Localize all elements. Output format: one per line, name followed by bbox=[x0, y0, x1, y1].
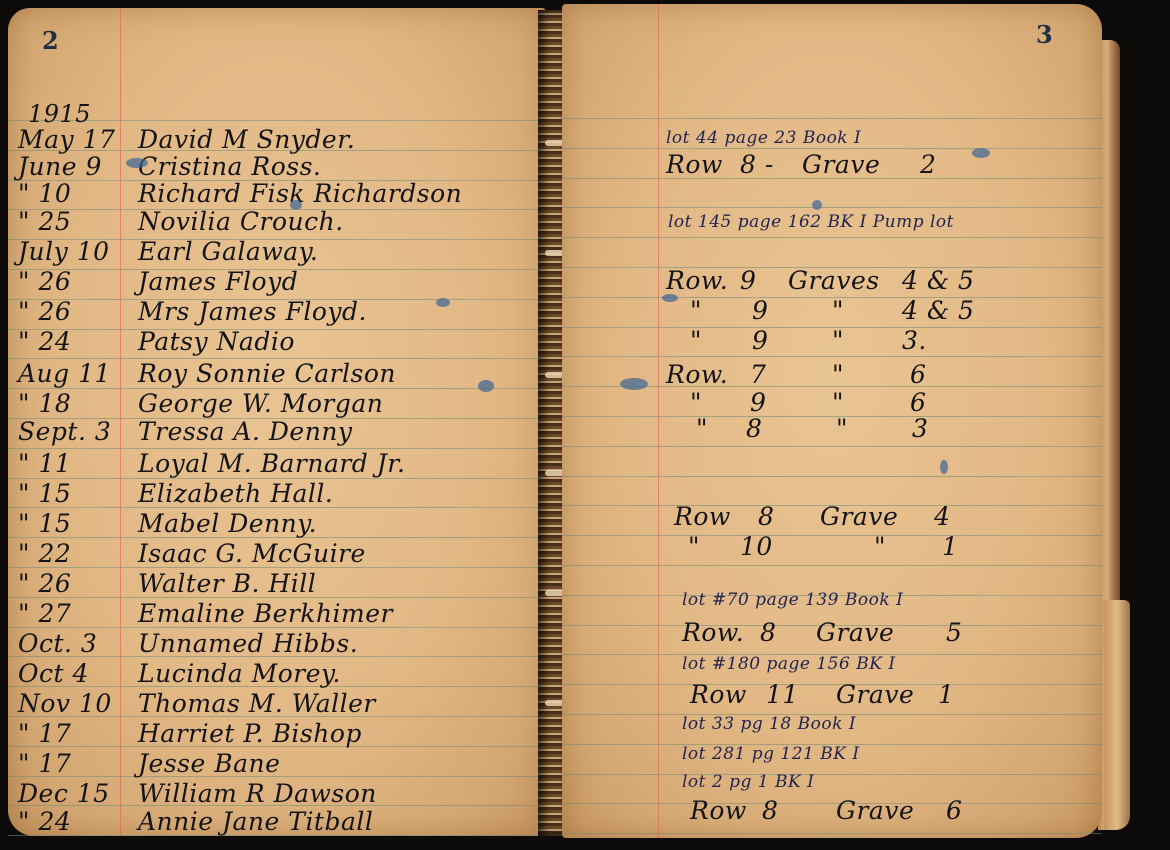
ink-blot bbox=[436, 298, 450, 307]
grave-number: 4 & 5 bbox=[902, 296, 974, 325]
grave-label: Grave bbox=[802, 150, 880, 179]
grave-number: 4 & 5 bbox=[902, 266, 974, 295]
row-number: 8 bbox=[762, 796, 778, 825]
row-label: Row bbox=[674, 502, 731, 531]
lot-reference: lot 281 pg 121 BK I bbox=[682, 744, 860, 764]
entry-row: Oct 4Lucinda Morey. bbox=[18, 660, 341, 687]
row-number: 8 bbox=[760, 618, 776, 647]
grave-record: Row. 9 Graves 4 & 5 bbox=[562, 266, 1102, 296]
ink-blot bbox=[662, 294, 678, 302]
grave-label: Grave bbox=[820, 502, 898, 531]
row-label: Row bbox=[690, 680, 747, 709]
entry-date: " 18 bbox=[18, 390, 138, 417]
entry-date: " 26 bbox=[18, 298, 138, 325]
entry-date: " 26 bbox=[18, 268, 138, 295]
row-label: " bbox=[690, 296, 702, 325]
grave-label: " bbox=[832, 296, 844, 325]
entry-name: Roy Sonnie Carlson bbox=[138, 360, 396, 387]
row-number: 8 bbox=[758, 502, 774, 531]
row-number: 8 bbox=[746, 414, 762, 443]
entry-name: Mabel Denny. bbox=[138, 510, 317, 537]
row-label: " bbox=[688, 532, 700, 561]
lot-reference: lot #70 page 139 Book I bbox=[682, 590, 903, 610]
ink-blot bbox=[620, 378, 648, 390]
row-number: 10 bbox=[740, 532, 773, 561]
ruled-line bbox=[562, 476, 1102, 477]
grave-number: 6 bbox=[946, 796, 962, 825]
entry-row: June 9Cristina Ross. bbox=[18, 153, 321, 180]
entry-date: May 17 bbox=[18, 126, 138, 153]
ruled-line bbox=[562, 356, 1102, 357]
entry-name: Cristina Ross. bbox=[138, 153, 321, 180]
page-number: 3 bbox=[1036, 20, 1053, 49]
entry-name: Emaline Berkhimer bbox=[138, 600, 393, 627]
ruled-line bbox=[562, 774, 1102, 775]
entry-date: Nov 10 bbox=[18, 690, 138, 717]
entry-name: Annie Jane Titball bbox=[138, 808, 373, 835]
grave-record: Row 8 - Grave 2 bbox=[562, 150, 1102, 180]
entry-row: " 24Patsy Nadio bbox=[18, 328, 295, 355]
grave-label: Grave bbox=[816, 618, 894, 647]
grave-number: 1 bbox=[942, 532, 958, 561]
entry-row: " 11Loyal M. Barnard Jr. bbox=[18, 450, 405, 477]
grave-number: 1 bbox=[938, 680, 954, 709]
grave-number: 2 bbox=[920, 150, 936, 179]
entry-row: " 17Jesse Bane bbox=[18, 750, 280, 777]
grave-record: " 9 " 3. bbox=[562, 326, 1102, 356]
right-page: 3 lot 44 page 23 Book I lot 145 page 162… bbox=[562, 4, 1102, 838]
entry-row: " 27Emaline Berkhimer bbox=[18, 600, 393, 627]
entry-date: " 24 bbox=[18, 808, 138, 835]
entry-name: Jesse Bane bbox=[138, 750, 280, 777]
ink-blot bbox=[972, 148, 990, 158]
ink-blot bbox=[290, 200, 302, 210]
lot-reference: lot 145 page 162 BK I Pump lot bbox=[668, 212, 954, 232]
row-label: Row bbox=[666, 150, 723, 179]
row-label: " bbox=[690, 326, 702, 355]
grave-record: " 9 " 4 & 5 bbox=[562, 296, 1102, 326]
entry-date: " 17 bbox=[18, 750, 138, 777]
grave-label: " bbox=[832, 326, 844, 355]
page-edges-lower bbox=[1104, 600, 1130, 830]
entry-name: Patsy Nadio bbox=[138, 328, 295, 355]
row-label: Row bbox=[690, 796, 747, 825]
ink-blot bbox=[478, 380, 494, 392]
grave-number: 3 bbox=[912, 414, 928, 443]
left-page: 2 1915 May 17David M Snyder. June 9Crist… bbox=[8, 8, 546, 836]
ruled-line bbox=[562, 118, 1102, 119]
grave-label: Graves bbox=[788, 266, 880, 295]
grave-number: 4 bbox=[934, 502, 950, 531]
entry-row: " 26Mrs James Floyd. bbox=[18, 298, 367, 325]
ink-blot bbox=[940, 460, 948, 474]
entry-date: " 24 bbox=[18, 328, 138, 355]
entry-row: " 10Richard Fisk Richardson bbox=[18, 180, 462, 207]
entry-date: " 17 bbox=[18, 720, 138, 747]
ruled-line bbox=[562, 565, 1102, 566]
row-label: Row. bbox=[682, 618, 744, 647]
entry-name: George W. Morgan bbox=[138, 390, 383, 417]
row-label: Row. bbox=[666, 360, 728, 389]
grave-label: " bbox=[874, 532, 886, 561]
grave-label: " bbox=[832, 388, 844, 417]
entry-date: " 15 bbox=[18, 480, 138, 507]
row-label: " bbox=[696, 414, 708, 443]
grave-label: Grave bbox=[836, 680, 914, 709]
row-number: 7 bbox=[750, 360, 766, 389]
row-number: 9 bbox=[752, 296, 768, 325]
entry-date: Oct. 3 bbox=[18, 630, 138, 657]
grave-number: 5 bbox=[946, 618, 962, 647]
entry-date: " 11 bbox=[18, 450, 138, 477]
ink-blot bbox=[812, 200, 822, 210]
entry-name: Lucinda Morey. bbox=[138, 660, 341, 687]
row-label: Row. bbox=[666, 266, 728, 295]
row-number: 11 bbox=[766, 680, 799, 709]
ruled-line bbox=[562, 833, 1102, 834]
grave-label: " bbox=[836, 414, 848, 443]
entry-row: " 26Walter B. Hill bbox=[18, 570, 316, 597]
grave-record: Row 11 Grave 1 bbox=[562, 680, 1102, 710]
entry-row: " 18George W. Morgan bbox=[18, 390, 383, 417]
entry-name: James Floyd bbox=[138, 268, 298, 295]
row-number: 9 bbox=[750, 388, 766, 417]
entry-date: Dec 15 bbox=[18, 780, 138, 807]
entry-name: Walter B. Hill bbox=[138, 570, 316, 597]
entry-row: Oct. 3Unnamed Hibbs. bbox=[18, 630, 358, 657]
entry-row: May 17David M Snyder. bbox=[18, 126, 355, 153]
grave-record: Row 8 Grave 4 bbox=[562, 502, 1102, 532]
grave-number: 3. bbox=[902, 326, 927, 355]
grave-record: Row. 8 Grave 5 bbox=[562, 618, 1102, 648]
entry-row: Nov 10Thomas M. Waller bbox=[18, 690, 376, 717]
row-number: 9 bbox=[752, 326, 768, 355]
lot-reference: lot 33 pg 18 Book I bbox=[682, 714, 856, 734]
entry-date: " 26 bbox=[18, 570, 138, 597]
entry-name: Harriet P. Bishop bbox=[138, 720, 362, 747]
entry-name: Tressa A. Denny bbox=[138, 418, 353, 445]
entry-name: Elizabeth Hall. bbox=[138, 480, 333, 507]
entry-date: Aug 11 bbox=[18, 360, 138, 387]
entry-row: " 25Novilia Crouch. bbox=[18, 208, 344, 235]
entry-date: June 9 bbox=[18, 153, 138, 180]
grave-label: " bbox=[832, 360, 844, 389]
grave-record: " 10 " 1 bbox=[562, 532, 1102, 562]
lot-reference: lot 44 page 23 Book I bbox=[666, 128, 861, 148]
entry-date: " 22 bbox=[18, 540, 138, 567]
open-ledger-book: 2 1915 May 17David M Snyder. June 9Crist… bbox=[0, 0, 1170, 850]
ruled-line bbox=[562, 446, 1102, 447]
entry-row: " 15Elizabeth Hall. bbox=[18, 480, 333, 507]
entry-name: Loyal M. Barnard Jr. bbox=[138, 450, 405, 477]
lot-reference: lot #180 page 156 BK I bbox=[682, 654, 896, 674]
entry-row: " 15Mabel Denny. bbox=[18, 510, 317, 537]
entry-row: Aug 11Roy Sonnie Carlson bbox=[18, 360, 396, 387]
row-number: 8 - bbox=[740, 150, 774, 179]
entry-name: Isaac G. McGuire bbox=[138, 540, 366, 567]
year-heading: 1915 bbox=[28, 100, 91, 128]
entry-row: " 17Harriet P. Bishop bbox=[18, 720, 362, 747]
entry-name: Earl Galaway. bbox=[138, 238, 318, 265]
entry-row: " 24Annie Jane Titball bbox=[18, 808, 373, 835]
entry-row: " 22Isaac G. McGuire bbox=[18, 540, 366, 567]
grave-number: 6 bbox=[910, 388, 926, 417]
entry-name: Mrs James Floyd. bbox=[138, 298, 367, 325]
entry-row: July 10Earl Galaway. bbox=[18, 238, 318, 265]
grave-label: Grave bbox=[836, 796, 914, 825]
entry-date: " 25 bbox=[18, 208, 138, 235]
row-number: 9 bbox=[740, 266, 756, 295]
row-label: " bbox=[690, 388, 702, 417]
ruled-line bbox=[562, 237, 1102, 238]
grave-record: " 8 " 3 bbox=[562, 414, 1102, 444]
ink-blot bbox=[126, 158, 148, 168]
entry-row: " 26James Floyd bbox=[18, 268, 298, 295]
entry-row: Sept. 3Tressa A. Denny bbox=[18, 418, 353, 445]
entry-row: Dec 15William R Dawson bbox=[18, 780, 377, 807]
entry-name: Thomas M. Waller bbox=[138, 690, 376, 717]
entry-name: Unnamed Hibbs. bbox=[138, 630, 358, 657]
entry-name: William R Dawson bbox=[138, 780, 377, 807]
entry-date: Sept. 3 bbox=[18, 418, 138, 445]
grave-number: 6 bbox=[910, 360, 926, 389]
entry-date: " 10 bbox=[18, 180, 138, 207]
grave-record: Row 8 Grave 6 bbox=[562, 796, 1102, 826]
ruled-line bbox=[562, 207, 1102, 208]
entry-date: " 15 bbox=[18, 510, 138, 537]
entry-date: " 27 bbox=[18, 600, 138, 627]
entry-date: Oct 4 bbox=[18, 660, 138, 687]
entry-date: July 10 bbox=[18, 238, 138, 265]
entry-name: David M Snyder. bbox=[138, 126, 355, 153]
page-number: 2 bbox=[42, 26, 59, 55]
entry-name: Novilia Crouch. bbox=[138, 208, 344, 235]
lot-reference: lot 2 pg 1 BK I bbox=[682, 772, 814, 792]
